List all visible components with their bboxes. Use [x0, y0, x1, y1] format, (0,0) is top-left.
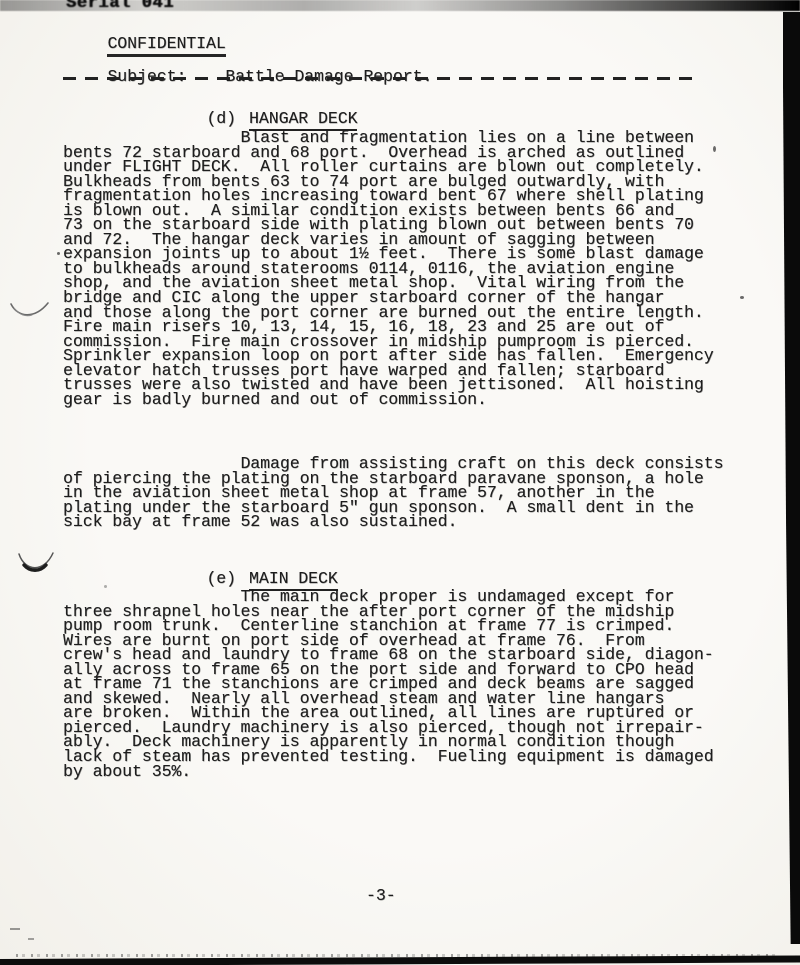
scanned-document-page: Serial 041 CONFIDENTIAL Subject:Battle D… — [0, 0, 800, 965]
paragraph-main-deck-1: The main deck proper is undamaged except… — [63, 590, 714, 779]
scan-speck — [57, 252, 60, 255]
paragraph-hangar-deck-2: Damage from assisting craft on this deck… — [63, 457, 723, 530]
handwritten-check-mark — [16, 548, 58, 578]
dashed-divider — [63, 77, 699, 80]
section-label: (d) — [206, 109, 236, 128]
scan-top-edge-artifact: Serial 041 — [0, 0, 800, 11]
section-label: (e) — [206, 569, 236, 588]
scan-speck — [104, 585, 107, 588]
serial-number: Serial 041 — [66, 0, 174, 13]
scan-speck — [10, 928, 20, 930]
scan-speck — [28, 938, 34, 940]
scan-speck — [713, 146, 716, 152]
page-number: -3- — [366, 889, 396, 904]
paragraph-hangar-deck-1: Blast and fragmentation lies on a line b… — [63, 131, 714, 407]
scan-speck — [740, 296, 744, 299]
classification-text: CONFIDENTIAL — [107, 34, 225, 57]
scan-right-edge-artifact — [783, 12, 800, 944]
handwritten-check-mark — [8, 299, 54, 323]
